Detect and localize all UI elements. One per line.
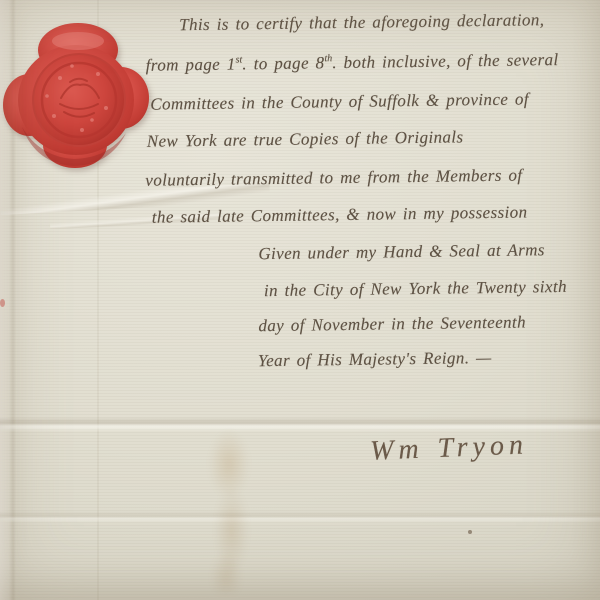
manuscript-line: Given under my Hand & Seal at Arms <box>258 240 545 264</box>
manuscript-line: in the City of New York the Twenty sixth <box>264 277 567 301</box>
manuscript-line: Committees in the County of Suffolk & pr… <box>150 89 529 114</box>
certificate-text: This is to certify that the aforegoing d… <box>0 0 600 600</box>
ordinal-superscript: th <box>324 53 332 64</box>
manuscript-line: voluntarily transmitted to me from the M… <box>145 166 522 191</box>
line-segment: from page 1 <box>146 55 236 75</box>
manuscript-line: the said late Committees, & now in my po… <box>152 202 528 227</box>
signature: Wm Tryon <box>370 429 529 467</box>
manuscript-line: New York are true Copies of the Original… <box>147 127 464 151</box>
manuscript-line: from page 1st. to page 8th. both inclusi… <box>146 50 559 76</box>
manuscript-line: day of November in the Seventeenth <box>258 312 526 336</box>
manuscript-line: Year of His Majesty's Reign. — <box>258 348 492 371</box>
manuscript-line: This is to certify that the aforegoing d… <box>179 10 544 35</box>
line-segment: . both inclusive, of the several <box>332 50 559 72</box>
document-page: This is to certify that the aforegoing d… <box>0 0 600 600</box>
line-segment: . to page 8 <box>242 53 324 73</box>
